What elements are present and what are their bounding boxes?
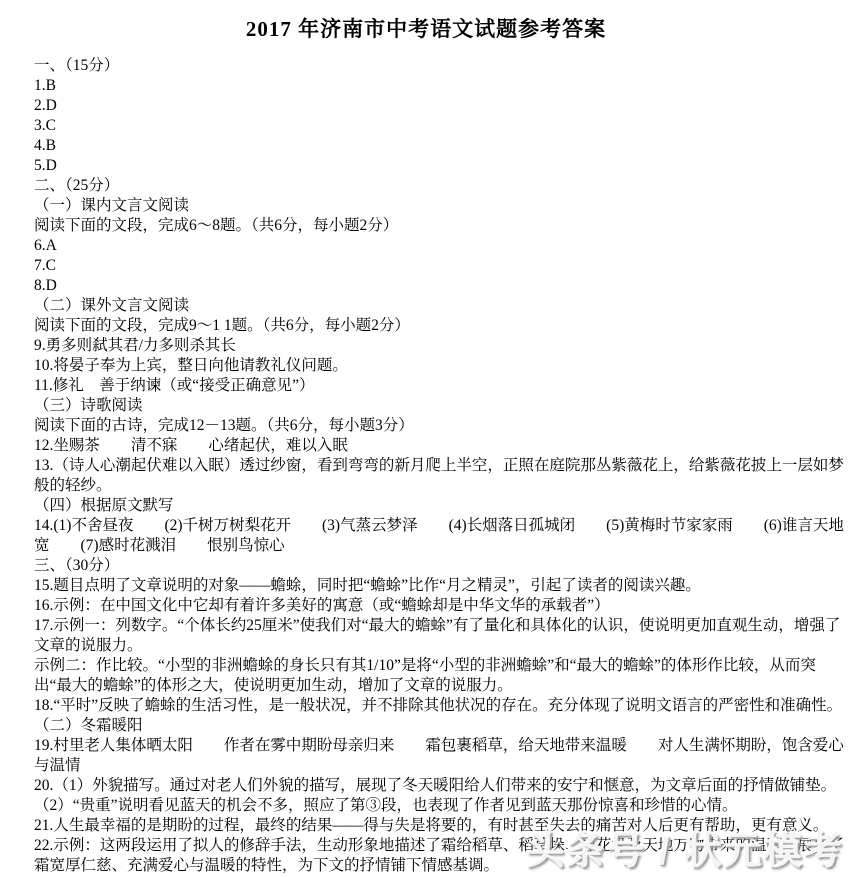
text-line: 阅读下面的古诗，完成12－13题。（共6分，每小题3分） [34, 416, 846, 436]
text-line: 3.C [34, 116, 846, 136]
text-line: 14.(1)不舍昼夜 (2)千树万树梨花开 (3)气蒸云梦泽 (4)长烟落日孤城… [34, 516, 846, 556]
text-line: 阅读下面的文段，完成6～8题。（共6分，每小题2分） [34, 216, 846, 236]
text-line: （二）冬霜暖阳 [34, 716, 846, 736]
text-line: 16.示例：在中国文化中它却有着许多美好的寓意（或“蟾蜍却是中华文华的承载者”） [34, 596, 846, 616]
text-line: （四）根据原文默写 [34, 496, 846, 516]
text-line: 一、（15分） [34, 56, 846, 76]
text-line: 1.B [34, 76, 846, 96]
text-line: 6.A [34, 236, 846, 256]
text-line: 12.坐赐茶 清不寐 心绪起伏，难以入眠 [34, 436, 846, 456]
document-title: 2017 年济南市中考语文试题参考答案 [0, 0, 852, 42]
document-page: 2017 年济南市中考语文试题参考答案 一、（15分）1.B2.D3.C4.B5… [0, 0, 852, 877]
text-line: 10.将晏子奉为上宾，整日向他请教礼仪问题。 [34, 356, 846, 376]
text-line: 4.B [34, 136, 846, 156]
text-line: 5.D [34, 156, 846, 176]
text-line: 15.题目点明了文章说明的对象——蟾蜍，同时把“蟾蜍”比作“月之精灵”，引起了读… [34, 576, 846, 596]
text-line: 示例二：作比较。“小型的非洲蟾蜍的身长只有其1/10”是将“小型的非洲蟾蜍”和“… [34, 656, 846, 696]
text-line: （三）诗歌阅读 [34, 396, 846, 416]
text-line: 17.示例一：列数字。“个体长约25厘米”使我们对“最大的蟾蜍”有了量化和具体化… [34, 616, 846, 656]
text-line: （一）课内文言文阅读 [34, 196, 846, 216]
text-line: 三、（30分） [34, 556, 846, 576]
document-body: 一、（15分）1.B2.D3.C4.B5.D二、（25分）（一）课内文言文阅读阅… [34, 56, 846, 876]
text-line: 18.“平时”反映了蟾蜍的生活习性，是一般状况，并不排除其他状况的存在。充分体现… [34, 696, 846, 716]
text-line: （二）课外文言文阅读 [34, 296, 846, 316]
text-line: 13.（诗人心潮起伏难以入眠）透过纱窗，看到弯弯的新月爬上半空，正照在庭院那丛紫… [34, 456, 846, 496]
text-line: 阅读下面的文段，完成9～1 1题。（共6分，每小题2分） [34, 316, 846, 336]
text-line: （2）“贵重”说明看见蓝天的机会不多，照应了第③段，也表现了作者见到蓝天那份惊喜… [34, 796, 846, 816]
text-line: 7.C [34, 256, 846, 276]
text-line: 9.勇多则弑其君/力多则杀其长 [34, 336, 846, 356]
text-line: 8.D [34, 276, 846, 296]
text-line: 2.D [34, 96, 846, 116]
text-line: 20.（1）外貌描写。通过对老人们外貌的描写，展现了冬天暖阳给人们带来的安宁和惬… [34, 776, 846, 796]
text-line: 二、（25分） [34, 176, 846, 196]
text-line: 19.村里老人集体晒太阳 作者在雾中期盼母亲归来 霜包裹稻草，给天地带来温暖 对… [34, 736, 846, 776]
text-line: 11.修礼 善于纳谏（或“接受正确意见”） [34, 376, 846, 396]
watermark-text: 头条号 / 状元模考 [526, 820, 844, 875]
